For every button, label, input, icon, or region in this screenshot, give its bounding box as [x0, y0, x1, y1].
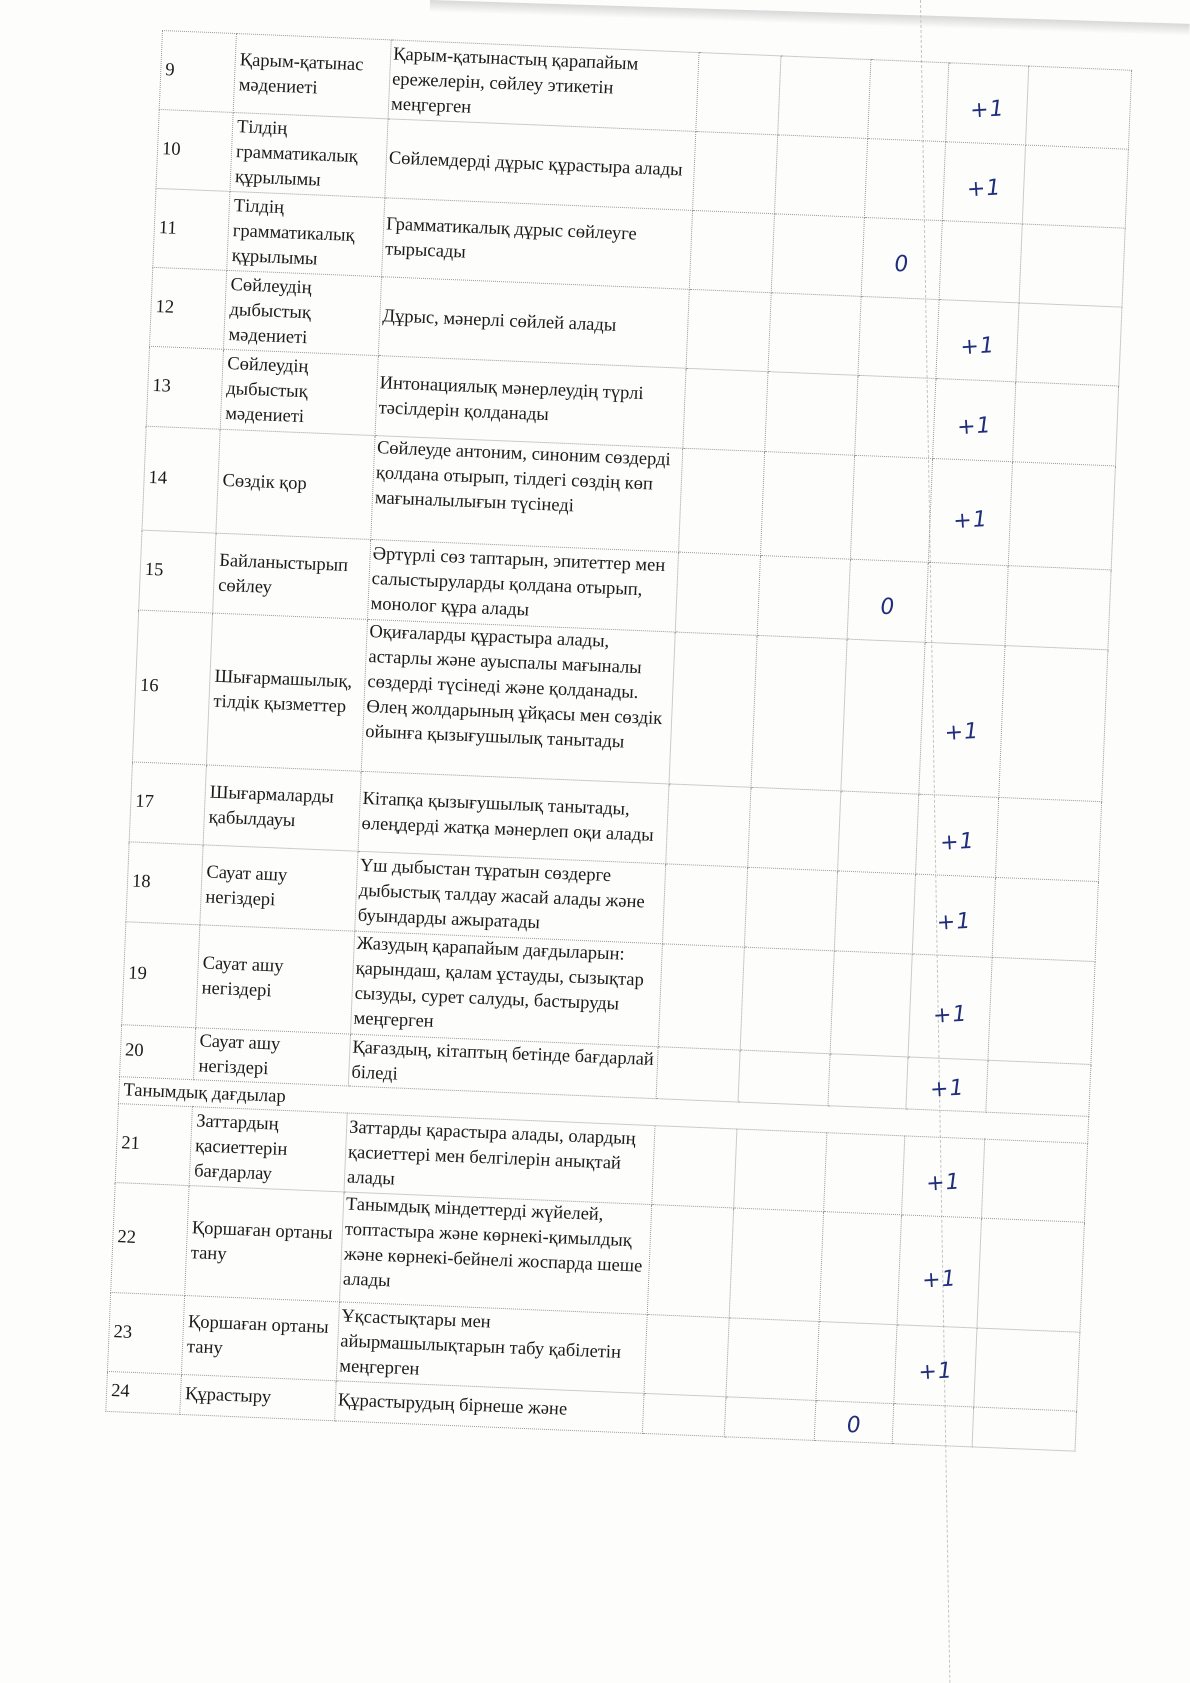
- mark-cell-5: [1026, 66, 1132, 149]
- skill-area: Сауат ашу негіздері: [193, 1028, 350, 1086]
- mark-cell-3: 0: [847, 559, 928, 642]
- table-body: 9Қарым-қатынас мәдениетіҚарым-қатынастың…: [106, 31, 1132, 1452]
- mark-cell-5: [992, 877, 1098, 961]
- row-number: 10: [156, 109, 233, 191]
- mark-cell-3: 0: [861, 217, 942, 299]
- mark-cell-3: [828, 1054, 908, 1109]
- handwritten-plus-one-mark: +1: [952, 507, 988, 534]
- mark-cell-5: [999, 646, 1108, 802]
- skill-description: Жазудың қарапайым дағдыларын: қарындаш, …: [350, 931, 662, 1047]
- row-number: 17: [129, 762, 206, 845]
- mark-cell-1: [679, 448, 765, 555]
- mark-cell-4: [925, 562, 1008, 645]
- skill-description: Интонациялық мәнерлеудің түрлі тәсілдері…: [375, 356, 686, 449]
- skill-area: Сөйлеудің дыбыстық мәдениеті: [220, 349, 378, 435]
- mark-cell-3: [838, 791, 919, 874]
- mark-cell-3: [830, 951, 912, 1057]
- row-number: 14: [142, 426, 220, 533]
- mark-cell-3: [819, 1212, 901, 1325]
- mark-cell-4: +1: [942, 142, 1025, 224]
- skill-description: Әртүрлі сөз таптарын, эпитеттер мен салы…: [368, 539, 679, 632]
- mark-cell-1: [696, 53, 781, 135]
- row-number: 9: [159, 31, 236, 113]
- mark-cell-5: [1005, 566, 1111, 650]
- row-number: 24: [106, 1371, 182, 1414]
- handwritten-plus-one-mark: +1: [943, 718, 979, 745]
- mark-cell-4: [939, 221, 1022, 303]
- mark-cell-5: [981, 1139, 1087, 1222]
- mark-cell-5: [986, 1060, 1091, 1116]
- handwritten-plus-one-mark: +1: [959, 333, 995, 360]
- handwritten-plus-one-mark: +1: [966, 175, 1002, 202]
- handwritten-plus-one-mark: +1: [921, 1267, 957, 1294]
- mark-cell-1: [662, 864, 747, 947]
- handwritten-plus-one-mark: +1: [969, 97, 1005, 124]
- mark-cell-2: [734, 1129, 827, 1212]
- mark-cell-4: +1: [933, 379, 1016, 462]
- mark-cell-1: [689, 210, 774, 292]
- row-number: 22: [111, 1183, 189, 1296]
- mark-cell-1: [683, 368, 768, 451]
- handwritten-plus-one-mark: +1: [925, 1170, 961, 1197]
- skill-description: Кітапқа қызығушылық танытады, өлеңдерді …: [358, 771, 669, 864]
- mark-cell-3: [850, 455, 932, 562]
- skill-area: Тілдің грамматикалық құрылымы: [230, 112, 388, 197]
- skill-area: Қарым-қатынас мәдениеті: [233, 34, 391, 119]
- skill-description: Үш дыбыстан тұратын сөздерге дыбыстық та…: [355, 851, 666, 944]
- mark-cell-3: [816, 1322, 897, 1404]
- mark-cell-5: [995, 797, 1101, 881]
- mark-cell-4: +1: [906, 1057, 988, 1112]
- skill-description: Оқиғаларды құрастыра алады, астарлы және…: [361, 619, 675, 784]
- mark-cell-3: 0: [814, 1400, 894, 1443]
- mark-cell-2: [771, 214, 864, 297]
- mark-cell-1: [658, 944, 744, 1050]
- skill-area: Шығармаларды қабылдауы: [203, 765, 361, 851]
- mark-cell-1: [669, 632, 757, 787]
- mark-cell-5: [974, 1328, 1080, 1411]
- mark-cell-3: [868, 60, 949, 142]
- skill-description: Сөйлеуде антоним, синоним сөздерді қолда…: [371, 436, 683, 553]
- row-number: 21: [115, 1104, 192, 1186]
- mark-cell-1: [666, 784, 751, 867]
- mark-cell-4: +1: [928, 458, 1012, 565]
- handwritten-zero-mark: 0: [893, 252, 910, 278]
- mark-cell-2: [760, 452, 854, 560]
- mark-cell-4: [892, 1404, 974, 1447]
- handwritten-zero-mark: 0: [879, 594, 896, 620]
- mark-cell-4: +1: [902, 1136, 985, 1218]
- mark-cell-5: [1016, 303, 1122, 386]
- skill-area: Сауат ашу негіздері: [196, 925, 355, 1034]
- mark-cell-5: [988, 957, 1095, 1064]
- handwritten-plus-one-mark: +1: [956, 413, 992, 440]
- row-number: 12: [150, 267, 227, 349]
- mark-cell-4: +1: [912, 874, 995, 957]
- skill-description: Ұқсастықтары мен айырмашылықтарын табу қ…: [336, 1302, 647, 1394]
- handwritten-plus-one-mark: +1: [939, 829, 975, 856]
- mark-cell-5: [1019, 224, 1125, 307]
- mark-cell-2: [768, 293, 861, 376]
- mark-cell-4: +1: [908, 954, 992, 1060]
- mark-cell-4: +1: [894, 1325, 977, 1407]
- mark-cell-2: [774, 135, 867, 218]
- row-number: 11: [153, 188, 230, 270]
- skill-area: Қоршаған ортаны тану: [181, 1295, 339, 1380]
- mark-cell-4: +1: [936, 300, 1019, 382]
- mark-cell-1: [686, 289, 771, 371]
- mark-cell-5: [1008, 462, 1115, 570]
- mark-cell-4: +1: [897, 1215, 981, 1328]
- assessment-sheet: 9Қарым-қатынас мәдениетіҚарым-қатынастың…: [105, 30, 1131, 1452]
- mark-cell-4: +1: [916, 794, 999, 877]
- handwritten-zero-mark: 0: [846, 1412, 863, 1438]
- mark-cell-5: [972, 1407, 1077, 1451]
- mark-cell-3: [824, 1133, 905, 1215]
- skill-area: Шығармашылық, тілдік қызметтер: [206, 613, 367, 771]
- mark-cell-5: [1022, 145, 1128, 228]
- handwritten-plus-one-mark: +1: [929, 1075, 965, 1102]
- row-number: 15: [139, 530, 216, 613]
- mark-cell-1: [642, 1393, 726, 1436]
- skill-area: Сөздік қор: [216, 429, 375, 539]
- skill-area: Сауат ашу негіздері: [200, 845, 358, 931]
- mark-cell-2: [726, 1318, 819, 1401]
- assessment-table: 9Қарым-қатынас мәдениетіҚарым-қатынастың…: [105, 30, 1132, 1452]
- skill-description: Қарым-қатынастың қарапайым ережелерін, с…: [388, 40, 699, 132]
- mark-cell-2: [778, 56, 871, 139]
- row-number: 16: [132, 610, 212, 765]
- mark-cell-5: [977, 1218, 1084, 1332]
- mark-cell-3: [864, 139, 945, 221]
- mark-cell-2: [765, 372, 858, 456]
- skill-description: Дұрыс, мәнерлі сөйлей алады: [378, 277, 689, 369]
- mark-cell-4: +1: [946, 63, 1029, 145]
- skill-area: Заттардың қасиеттерін бағдарлау: [189, 1107, 347, 1192]
- mark-cell-3: [855, 375, 936, 458]
- mark-cell-1: [647, 1205, 733, 1318]
- mark-cell-3: [834, 871, 915, 954]
- skill-area: Қоршаған ортаны тану: [185, 1186, 344, 1302]
- mark-cell-2: [724, 1397, 816, 1441]
- mark-cell-3: [858, 296, 939, 378]
- mark-cell-5: [1013, 382, 1119, 466]
- handwritten-plus-one-mark: +1: [932, 1002, 968, 1029]
- mark-cell-2: [740, 947, 834, 1054]
- row-number: 20: [120, 1025, 196, 1080]
- handwritten-plus-one-mark: +1: [917, 1358, 953, 1385]
- mark-cell-1: [644, 1314, 729, 1396]
- mark-cell-3: [841, 639, 925, 794]
- mark-cell-4: +1: [919, 642, 1005, 797]
- mark-cell-2: [751, 635, 847, 791]
- skill-area: Сөйлеудің дыбыстық мәдениеті: [223, 270, 381, 355]
- handwritten-plus-one-mark: +1: [936, 908, 972, 935]
- skill-area: Тілдің грамматикалық құрылымы: [227, 191, 385, 276]
- skill-area: Байланыстырып сөйлеу: [213, 533, 371, 619]
- mark-cell-1: [656, 1047, 740, 1102]
- mark-cell-1: [693, 131, 778, 213]
- mark-cell-2: [757, 555, 850, 639]
- skill-description: Танымдық міндеттерді жүйелей, топтастыра…: [339, 1192, 651, 1315]
- mark-cell-1: [675, 552, 760, 635]
- scan-shadow-edge: [430, 0, 1190, 36]
- skill-area: Құрастыру: [180, 1374, 337, 1420]
- skill-description: Грамматикалық дұрыс сөйлеуге тырысады: [382, 198, 693, 290]
- row-number: 19: [122, 922, 200, 1028]
- mark-cell-2: [748, 787, 841, 871]
- row-number: 18: [126, 842, 203, 925]
- skill-description: Сөйлемдерді дұрыс құрастыра алады: [385, 119, 696, 211]
- row-number: 13: [146, 346, 223, 429]
- mark-cell-2: [729, 1208, 823, 1322]
- mark-cell-2: [738, 1050, 830, 1106]
- mark-cell-2: [744, 867, 837, 951]
- row-number: 23: [107, 1292, 184, 1374]
- skill-description: Заттарды қарастыра алады, олардың қасиет…: [344, 1113, 655, 1205]
- mark-cell-1: [652, 1126, 737, 1208]
